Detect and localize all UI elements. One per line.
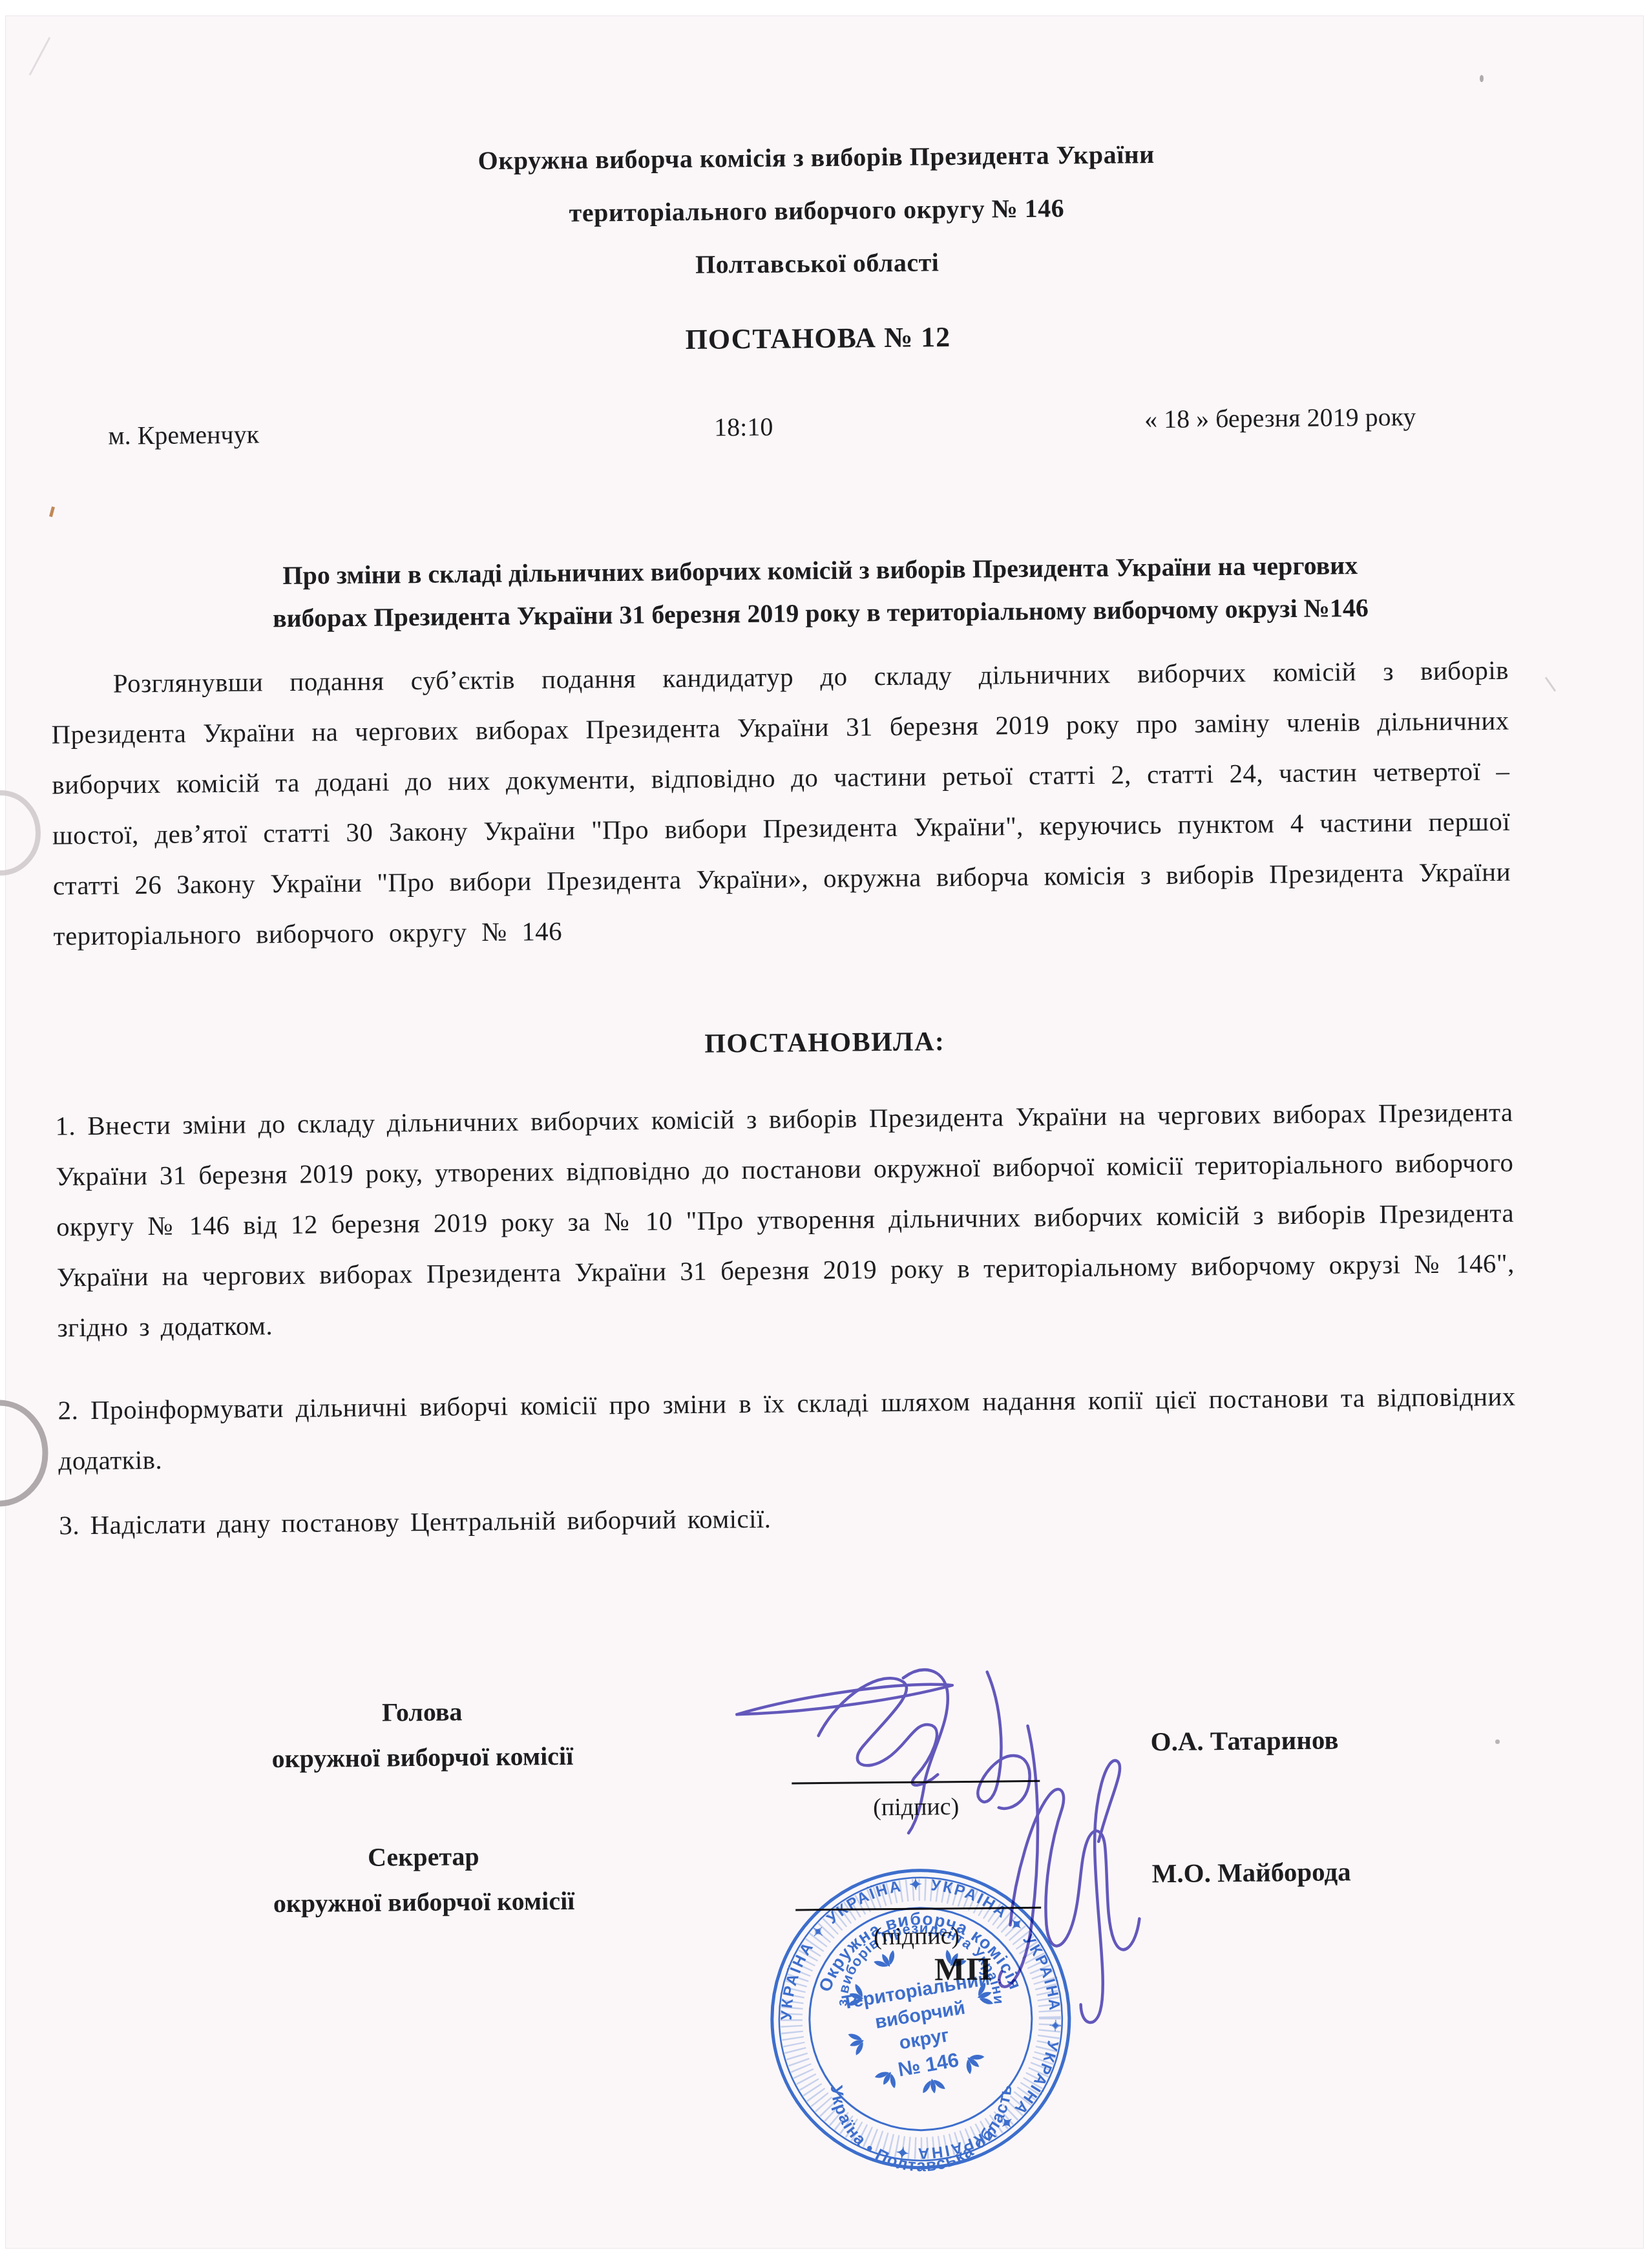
chair-name: О.А. Татаринов bbox=[1151, 1723, 1448, 1757]
org-name-line3: Полтавської області bbox=[0, 240, 1637, 286]
document-time: 18:10 bbox=[714, 412, 773, 443]
svg-text:№ 146: № 146 bbox=[896, 2048, 960, 2081]
document-date: « 18 » березня 2019 року bbox=[1144, 400, 1532, 434]
chair-role-line1: Голова bbox=[235, 1695, 609, 1729]
secretary-role-line2: окружної виборчої комісії bbox=[236, 1885, 611, 1919]
secretary-ink-signature bbox=[1009, 1760, 1140, 2023]
chair-ink-signature bbox=[737, 1669, 1040, 1990]
handwritten-signatures bbox=[709, 1647, 1178, 2052]
resolution-item-1: 1. Внести зміни до складу дільничних виб… bbox=[55, 1087, 1515, 1353]
document-content: Окружна виборча комісія з виборів Презид… bbox=[0, 8, 1649, 2256]
scanned-document: { "header": { "line1": "Окружна виборча … bbox=[0, 0, 1649, 2268]
document-page: Окружна виборча комісія з виборів Презид… bbox=[5, 16, 1644, 2249]
secretary-name: М.О. Майборода bbox=[1151, 1855, 1449, 1889]
resolution-item-3: 3. Надіслати дану постанову Центральній … bbox=[59, 1486, 1517, 1551]
document-title: ПОСТАНОВА № 12 bbox=[0, 314, 1637, 362]
preamble-paragraph: Розглянувши подання суб’єктів подання ка… bbox=[51, 645, 1511, 961]
secretary-role-line1: Секретар bbox=[236, 1840, 611, 1874]
document-place: м. Кременчук bbox=[108, 419, 259, 450]
stamp-arc-text-region: Україна • Полтавська область bbox=[827, 2083, 1016, 2176]
resolved-heading: ПОСТАНОВИЛА: bbox=[5, 1020, 1644, 1066]
chair-role-line2: окружної виборчої комісії bbox=[235, 1740, 610, 1774]
org-name-line1: Окружна виборча комісія з виборів Презид… bbox=[0, 134, 1635, 180]
org-name-line2: територіального виборчого округу № 146 bbox=[0, 187, 1636, 233]
resolution-item-2: 2. Проінформувати дільничні виборчі комі… bbox=[58, 1371, 1516, 1486]
